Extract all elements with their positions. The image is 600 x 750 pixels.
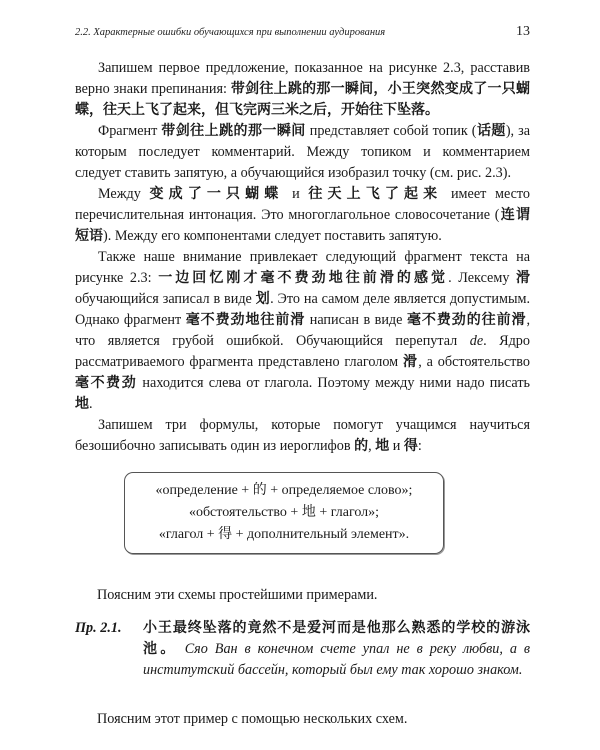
text-run: Между [98,186,150,202]
text-run: , а обстоятельство [418,354,530,370]
text-run: : [418,438,422,454]
chinese-text: 划 [256,291,270,307]
text-run: . [89,396,93,412]
paragraph-4: Также наше внимание привлекает следующий… [75,247,530,415]
italic-term: de [470,333,483,349]
text-run: Запишем три формулы, которые помогут уча… [75,417,530,454]
example-translation: Сяо Ван в конечном счете упал не в реку … [143,641,530,678]
chinese-text: 的 [354,438,368,454]
formula-de-complement: «глагол + 得 + дополнительный элемент». [159,524,409,546]
formula-de-adverbial: «обстоятельство + 地 + глагол»; [189,502,379,524]
text-run: и [283,186,308,202]
example-label: Пр. 2.1. [75,618,122,639]
body-text: Запишем первое предложение, показанное н… [75,58,530,457]
chinese-text: 带剑往上跳的那一瞬间 [161,123,305,139]
text-run: ). Между его компонентами следует постав… [103,228,442,244]
chinese-text: 一边回忆刚才毫不费劲地往前滑的感觉 [158,270,448,286]
chinese-text: 变成了一只蝴蝶 [150,186,284,202]
chinese-text: 话题 [477,123,506,139]
text-run: и [389,438,404,454]
chinese-text: 滑 [403,354,418,370]
chinese-text: 往天上飞了起来 [308,186,442,202]
chinese-text: 地 [375,438,389,454]
chinese-text: 得 [404,438,418,454]
example-body: 小王最终坠落的竟然不是爱河而是他那么熟悉的学校的游泳池。 Сяо Ван в к… [143,618,530,681]
chinese-text: 毫不费劲地往前滑 [186,312,306,328]
text-run: . Лексему [448,270,516,286]
running-head: 2.2. Характерные ошибки обучающихся при … [75,27,525,38]
paragraph-2: Фрагмент 带剑往上跳的那一瞬间 представляет собой т… [75,121,530,184]
text-run: находится слева от глагола. Поэтому межд… [137,375,530,391]
text-run: Фрагмент [98,123,161,139]
chinese-text: 毫不费劲 [75,375,137,391]
chinese-text: 毫不费劲的往前滑 [407,312,527,328]
formula-de-attributive: «определение + 的 + определяемое слово»; [156,480,413,502]
text-run: написан в виде [305,312,407,328]
paragraph-3: Между 变成了一只蝴蝶 и 往天上飞了起来 имеет место пере… [75,184,530,247]
text-run: представляет собой топик ( [306,123,477,139]
chinese-text: 地 [75,396,89,412]
chinese-text: 滑 [516,270,530,286]
example-2-1: Пр. 2.1. 小王最终坠落的竟然不是爱河而是他那么熟悉的学校的游泳池。 Ся… [75,618,530,681]
formula-box: «определение + 的 + определяемое слово»; … [124,472,444,554]
text-run: обучающийся записал в виде [75,291,256,307]
page-number: 13 [500,24,530,40]
paragraph-1: Запишем первое предложение, показанное н… [75,58,530,121]
paragraph-5: Запишем три формулы, которые помогут уча… [75,415,530,457]
closing-line: Поясним этот пример с помощью нескольких… [97,711,407,728]
examples-intro: Поясним эти схемы простейшими примерами. [97,587,377,604]
